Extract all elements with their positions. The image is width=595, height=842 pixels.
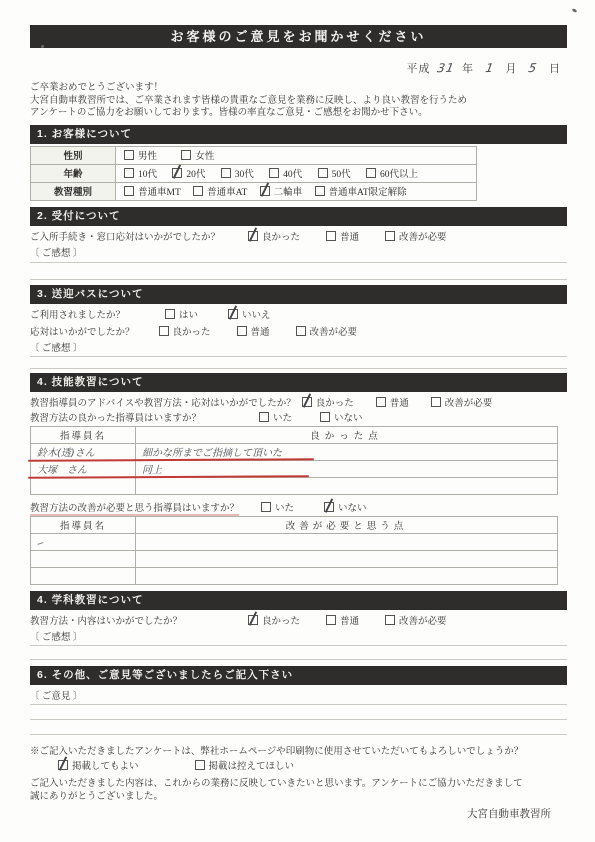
intro-line: ご卒業おめでとうございます！ xyxy=(30,82,567,95)
option-age-40s[interactable]: 40代 xyxy=(269,166,302,180)
option-label: 女性 xyxy=(195,148,214,162)
checkbox-icon[interactable] xyxy=(124,186,134,196)
option-needs-improvement[interactable]: 改善が必要 xyxy=(431,395,493,409)
option-label: 60代以上 xyxy=(380,166,418,180)
ruled-line[interactable] xyxy=(30,262,567,263)
option-label: 良かった xyxy=(262,229,300,243)
option-label: 改善が必要 xyxy=(445,395,493,409)
option-needs-improvement[interactable]: 改善が必要 xyxy=(385,613,447,627)
option-label: 良かった xyxy=(316,395,354,409)
checkbox-icon[interactable] xyxy=(124,168,134,178)
section-5-header: 4. 学科教習について xyxy=(30,591,567,610)
section-4-header: 4. 技能教習について xyxy=(30,373,567,392)
improve-instructor-table-wrap: 指導員名 改善が必要と思う点 xyxy=(30,516,558,585)
good-point-entry[interactable] xyxy=(136,477,558,494)
page-title: お客様のご意見をお聞かせください xyxy=(30,25,567,48)
option-label: いいえ xyxy=(242,307,271,321)
publication-permission-question: ※ご記入いただきましたアンケートは、弊社ホームページや印刷物に使用させていただい… xyxy=(30,743,567,757)
option-label: 30代 xyxy=(235,166,254,180)
option-label: 二輪車 xyxy=(274,184,303,198)
checkbox-icon[interactable] xyxy=(221,168,231,178)
checkbox-icon[interactable] xyxy=(195,760,205,770)
ruled-line[interactable] xyxy=(30,356,567,357)
good-point-entry[interactable]: 細かな所までご指摘して頂いた xyxy=(136,443,558,460)
checkbox-icon[interactable] xyxy=(181,150,191,160)
column-header-good-point: 良かった点 xyxy=(136,426,558,443)
improve-point-entry[interactable] xyxy=(136,533,558,550)
table-header-row: 指導員名 良かった点 xyxy=(31,426,558,443)
checkbox-icon[interactable] xyxy=(58,760,68,770)
table-row-gender: 性別 男性 女性 xyxy=(31,146,477,164)
question-text: 教習方法・内容はいかがでしたか？ xyxy=(30,613,182,627)
good-instructor-question: 教習方法の良かった指導員はいますか？ いた いない xyxy=(30,410,567,424)
feedback-label: 〔 ご感想 〕 xyxy=(30,340,567,354)
checkbox-icon[interactable] xyxy=(326,615,336,625)
option-label: 普通 xyxy=(251,324,270,338)
reception-question: ご入所手続き・窓口応対はいかがでしたか？ 良かった 普通 改善が必要 xyxy=(30,229,567,243)
checkbox-icon[interactable] xyxy=(385,231,395,241)
instructor-name-entry[interactable]: 鈴木(透)さん xyxy=(31,443,136,460)
option-male[interactable]: 男性 xyxy=(124,148,157,162)
instructor-name-entry[interactable]: 大塚 さん xyxy=(31,460,136,477)
improve-instructor-question: 教習方法の改善が必要と思う指導員はいますか？ いた いない xyxy=(30,500,567,514)
checkbox-icon[interactable] xyxy=(385,615,395,625)
table-row xyxy=(31,533,558,550)
question-text: 教習指導員のアドバイスや教習方法・応対はいかがでしたか？ xyxy=(30,395,296,409)
option-label: 50代 xyxy=(332,166,351,180)
option-age-60s[interactable]: 60代以上 xyxy=(366,166,418,180)
option-inai[interactable]: いない xyxy=(324,500,367,514)
option-label: 掲載してもよい xyxy=(72,758,139,772)
option-label: 普通車MT xyxy=(138,184,181,198)
option-inai[interactable]: いない xyxy=(320,410,363,424)
ruled-line[interactable] xyxy=(30,704,567,705)
option-label: いた xyxy=(275,500,294,514)
feedback-label: 〔 ご感想 〕 xyxy=(30,629,567,643)
ruled-line[interactable] xyxy=(30,719,567,720)
option-needs-improvement[interactable]: 改善が必要 xyxy=(385,229,447,243)
publication-options: 掲載してもよい 掲載は控えてほしい xyxy=(30,758,567,772)
section-3-header: 3. 送迎バスについて xyxy=(30,285,567,304)
thanks-line: 誠にありがとうございました。 xyxy=(30,791,567,804)
date-era-label: 平成 xyxy=(407,63,431,75)
table-row xyxy=(31,567,558,584)
improve-instructor-table: 指導員名 改善が必要と思う点 xyxy=(30,516,558,585)
option-at-limit-release[interactable]: 普通車AT限定解除 xyxy=(315,184,407,198)
option-label: 良かった xyxy=(173,324,211,338)
date-day-value[interactable]: 5 xyxy=(520,61,547,76)
feedback-label: 〔 ご感想 〕 xyxy=(30,245,567,259)
option-normal[interactable]: 普通 xyxy=(326,229,359,243)
instructor-name-entry[interactable] xyxy=(31,533,136,550)
option-age-10s[interactable]: 10代 xyxy=(124,166,157,180)
option-label: 男性 xyxy=(138,148,157,162)
checkbox-icon[interactable] xyxy=(259,412,269,422)
date-month-label: 月 xyxy=(506,63,518,75)
option-ita[interactable]: いた xyxy=(259,410,292,424)
row-label-gender: 性別 xyxy=(31,146,116,164)
ruled-line[interactable] xyxy=(30,734,567,735)
row-label-course-type: 教習種別 xyxy=(31,182,116,200)
option-label: 20代 xyxy=(186,166,205,180)
table-row-age: 年齢 10代 20代 30代 40代 50代 60代以上 xyxy=(31,164,477,182)
pen-smudge xyxy=(37,539,44,545)
improve-point-entry[interactable] xyxy=(136,550,558,567)
option-label: 掲載は控えてほしい xyxy=(209,758,295,772)
option-label: 普通 xyxy=(390,395,409,409)
good-instructor-table-wrap: 指導員名 良かった点 鈴木(透)さん 細かな所までご指摘して頂いた 大塚 さん … xyxy=(30,426,558,495)
scan-speck xyxy=(41,45,44,48)
option-may-publish[interactable]: 掲載してもよい xyxy=(58,758,139,772)
checkbox-icon[interactable] xyxy=(237,326,247,336)
opinion-label: 〔 ご意見 〕 xyxy=(30,688,567,702)
option-normal[interactable]: 普通 xyxy=(376,395,409,409)
date-day-label: 日 xyxy=(549,63,561,75)
classroom-question: 教習方法・内容はいかがでしたか？ 良かった 普通 改善が必要 xyxy=(30,613,567,627)
question-text: ご利用されましたか？ xyxy=(30,307,125,321)
option-label: いた xyxy=(273,410,292,424)
checkbox-icon[interactable] xyxy=(269,168,279,178)
option-ita[interactable]: いた xyxy=(261,500,294,514)
option-label: 改善が必要 xyxy=(399,229,447,243)
table-row-course-type: 教習種別 普通車MT 普通車AT 二輪車 普通車AT限定解除 xyxy=(31,182,477,200)
section-6-header: 6. その他、ご意見等ございましたらご記入下さい xyxy=(30,666,567,685)
option-label: 普通車AT限定解除 xyxy=(329,184,407,198)
checkbox-icon[interactable] xyxy=(228,309,238,319)
improve-point-entry[interactable] xyxy=(136,567,558,584)
thanks-line: ご記入いただきました内容は、これからの業務に反映していきたいと思います。アンケー… xyxy=(30,778,567,791)
checkbox-icon[interactable] xyxy=(124,150,134,160)
checkbox-icon[interactable] xyxy=(302,397,312,407)
option-label: 40代 xyxy=(283,166,302,180)
ruled-line[interactable] xyxy=(30,645,567,646)
option-good[interactable]: 良かった xyxy=(248,613,300,627)
option-good[interactable]: 良かった xyxy=(302,395,354,409)
date-month-value[interactable]: 1 xyxy=(476,61,503,76)
checkbox-icon[interactable] xyxy=(248,615,258,625)
option-car-mt[interactable]: 普通車MT xyxy=(124,184,181,198)
ruled-line[interactable] xyxy=(30,368,567,369)
column-header-instructor: 指導員名 xyxy=(31,516,136,533)
table-row xyxy=(31,550,558,567)
option-label: はい xyxy=(179,307,198,321)
checkbox-icon[interactable] xyxy=(320,412,330,422)
checkbox-icon[interactable] xyxy=(326,231,336,241)
option-needs-improvement[interactable]: 改善が必要 xyxy=(296,324,358,338)
option-age-50s[interactable]: 50代 xyxy=(318,166,351,180)
option-female[interactable]: 女性 xyxy=(181,148,214,162)
option-label: いない xyxy=(334,410,363,424)
section-2-header: 2. 受付について xyxy=(30,207,567,226)
checkbox-icon[interactable] xyxy=(315,186,325,196)
questionnaire-page: お客様のご意見をお聞かせください 平成 31 年 1 月 5 日 ご卒業おめでと… xyxy=(0,0,595,842)
table-row xyxy=(31,477,558,494)
option-normal[interactable]: 普通 xyxy=(326,613,359,627)
checkbox-icon[interactable] xyxy=(248,231,258,241)
bus-used-question: ご利用されましたか？ はい いいえ xyxy=(30,307,567,321)
section-1-header: 1. お客様について xyxy=(30,125,567,144)
checkbox-icon[interactable] xyxy=(296,326,306,336)
checkbox-icon[interactable] xyxy=(172,168,182,178)
option-yes[interactable]: はい xyxy=(165,307,198,321)
option-no[interactable]: いいえ xyxy=(228,307,271,321)
option-good[interactable]: 良かった xyxy=(159,324,211,338)
thanks-paragraph: ご記入いただきました内容は、これからの業務に反映していきたいと思います。アンケー… xyxy=(30,778,567,804)
table-header-row: 指導員名 改善が必要と思う点 xyxy=(31,516,558,533)
checkbox-icon[interactable] xyxy=(165,309,175,319)
scan-speck xyxy=(572,8,578,13)
customer-info-table: 性別 男性 女性 年齢 10代 20代 30代 40代 50代 60代以上 教習… xyxy=(30,146,477,201)
checkbox-icon[interactable] xyxy=(431,397,441,407)
row-label-age: 年齢 xyxy=(31,164,116,182)
option-age-20s[interactable]: 20代 xyxy=(172,166,205,180)
question-text: ご入所手続き・窓口応対はいかがでしたか？ xyxy=(30,229,220,243)
option-motorcycle[interactable]: 二輪車 xyxy=(260,184,303,198)
option-label: 普通車AT xyxy=(207,184,247,198)
checkbox-icon[interactable] xyxy=(366,168,376,178)
intro-line: 大宮自動車教習所では、ご卒業されます皆様の貴重なご意見を業務に反映し、より良い教… xyxy=(30,95,567,108)
option-label: 普通 xyxy=(340,613,359,627)
option-normal[interactable]: 普通 xyxy=(237,324,270,338)
date-line: 平成 31 年 1 月 5 日 xyxy=(30,60,567,76)
instructor-advice-question: 教習指導員のアドバイスや教習方法・応対はいかがでしたか？ 良かった 普通 改善が… xyxy=(30,395,567,409)
ruled-line[interactable] xyxy=(30,279,567,280)
checkbox-icon[interactable] xyxy=(260,186,270,196)
checkbox-icon[interactable] xyxy=(261,502,271,512)
option-do-not-publish[interactable]: 掲載は控えてほしい xyxy=(195,758,295,772)
column-header-instructor: 指導員名 xyxy=(31,426,136,443)
option-label: 普通 xyxy=(340,229,359,243)
question-text: 教習方法の良かった指導員はいますか？ xyxy=(30,410,201,424)
option-label: いない xyxy=(338,500,367,514)
instructor-name-entry[interactable] xyxy=(31,550,136,567)
question-text: 教習方法の改善が必要と思う指導員はいますか？ xyxy=(30,500,239,514)
date-year-label: 年 xyxy=(462,63,474,75)
checkbox-icon[interactable] xyxy=(193,186,203,196)
date-year-value[interactable]: 31 xyxy=(433,61,460,76)
option-age-30s[interactable]: 30代 xyxy=(221,166,254,180)
company-name: 大宮自動車教習所 xyxy=(30,806,567,821)
ruled-line[interactable] xyxy=(30,659,567,660)
option-good[interactable]: 良かった xyxy=(248,229,300,243)
option-label: 良かった xyxy=(262,613,300,627)
instructor-name-entry[interactable] xyxy=(31,477,136,494)
checkbox-icon[interactable] xyxy=(324,502,334,512)
question-text: 応対はいかがでしたか？ xyxy=(30,324,135,338)
intro-line: アンケートのご協力をお願いしております。皆様の率直なご意見・ご感想をお聞かせ下さ… xyxy=(30,107,567,120)
good-point-entry[interactable]: 同上 xyxy=(136,460,558,477)
option-car-at[interactable]: 普通車AT xyxy=(193,184,247,198)
option-label: 10代 xyxy=(138,166,157,180)
column-header-improve-point: 改善が必要と思う点 xyxy=(136,516,558,533)
instructor-name-entry[interactable] xyxy=(31,567,136,584)
checkbox-icon[interactable] xyxy=(318,168,328,178)
checkbox-icon[interactable] xyxy=(376,397,386,407)
checkbox-icon[interactable] xyxy=(159,326,169,336)
option-label: 改善が必要 xyxy=(310,324,358,338)
intro-paragraph: ご卒業おめでとうございます！ 大宮自動車教習所では、ご卒業されます皆様の貴重なご… xyxy=(30,82,567,120)
option-label: 改善が必要 xyxy=(399,613,447,627)
bus-service-question: 応対はいかがでしたか？ 良かった 普通 改善が必要 xyxy=(30,324,567,338)
